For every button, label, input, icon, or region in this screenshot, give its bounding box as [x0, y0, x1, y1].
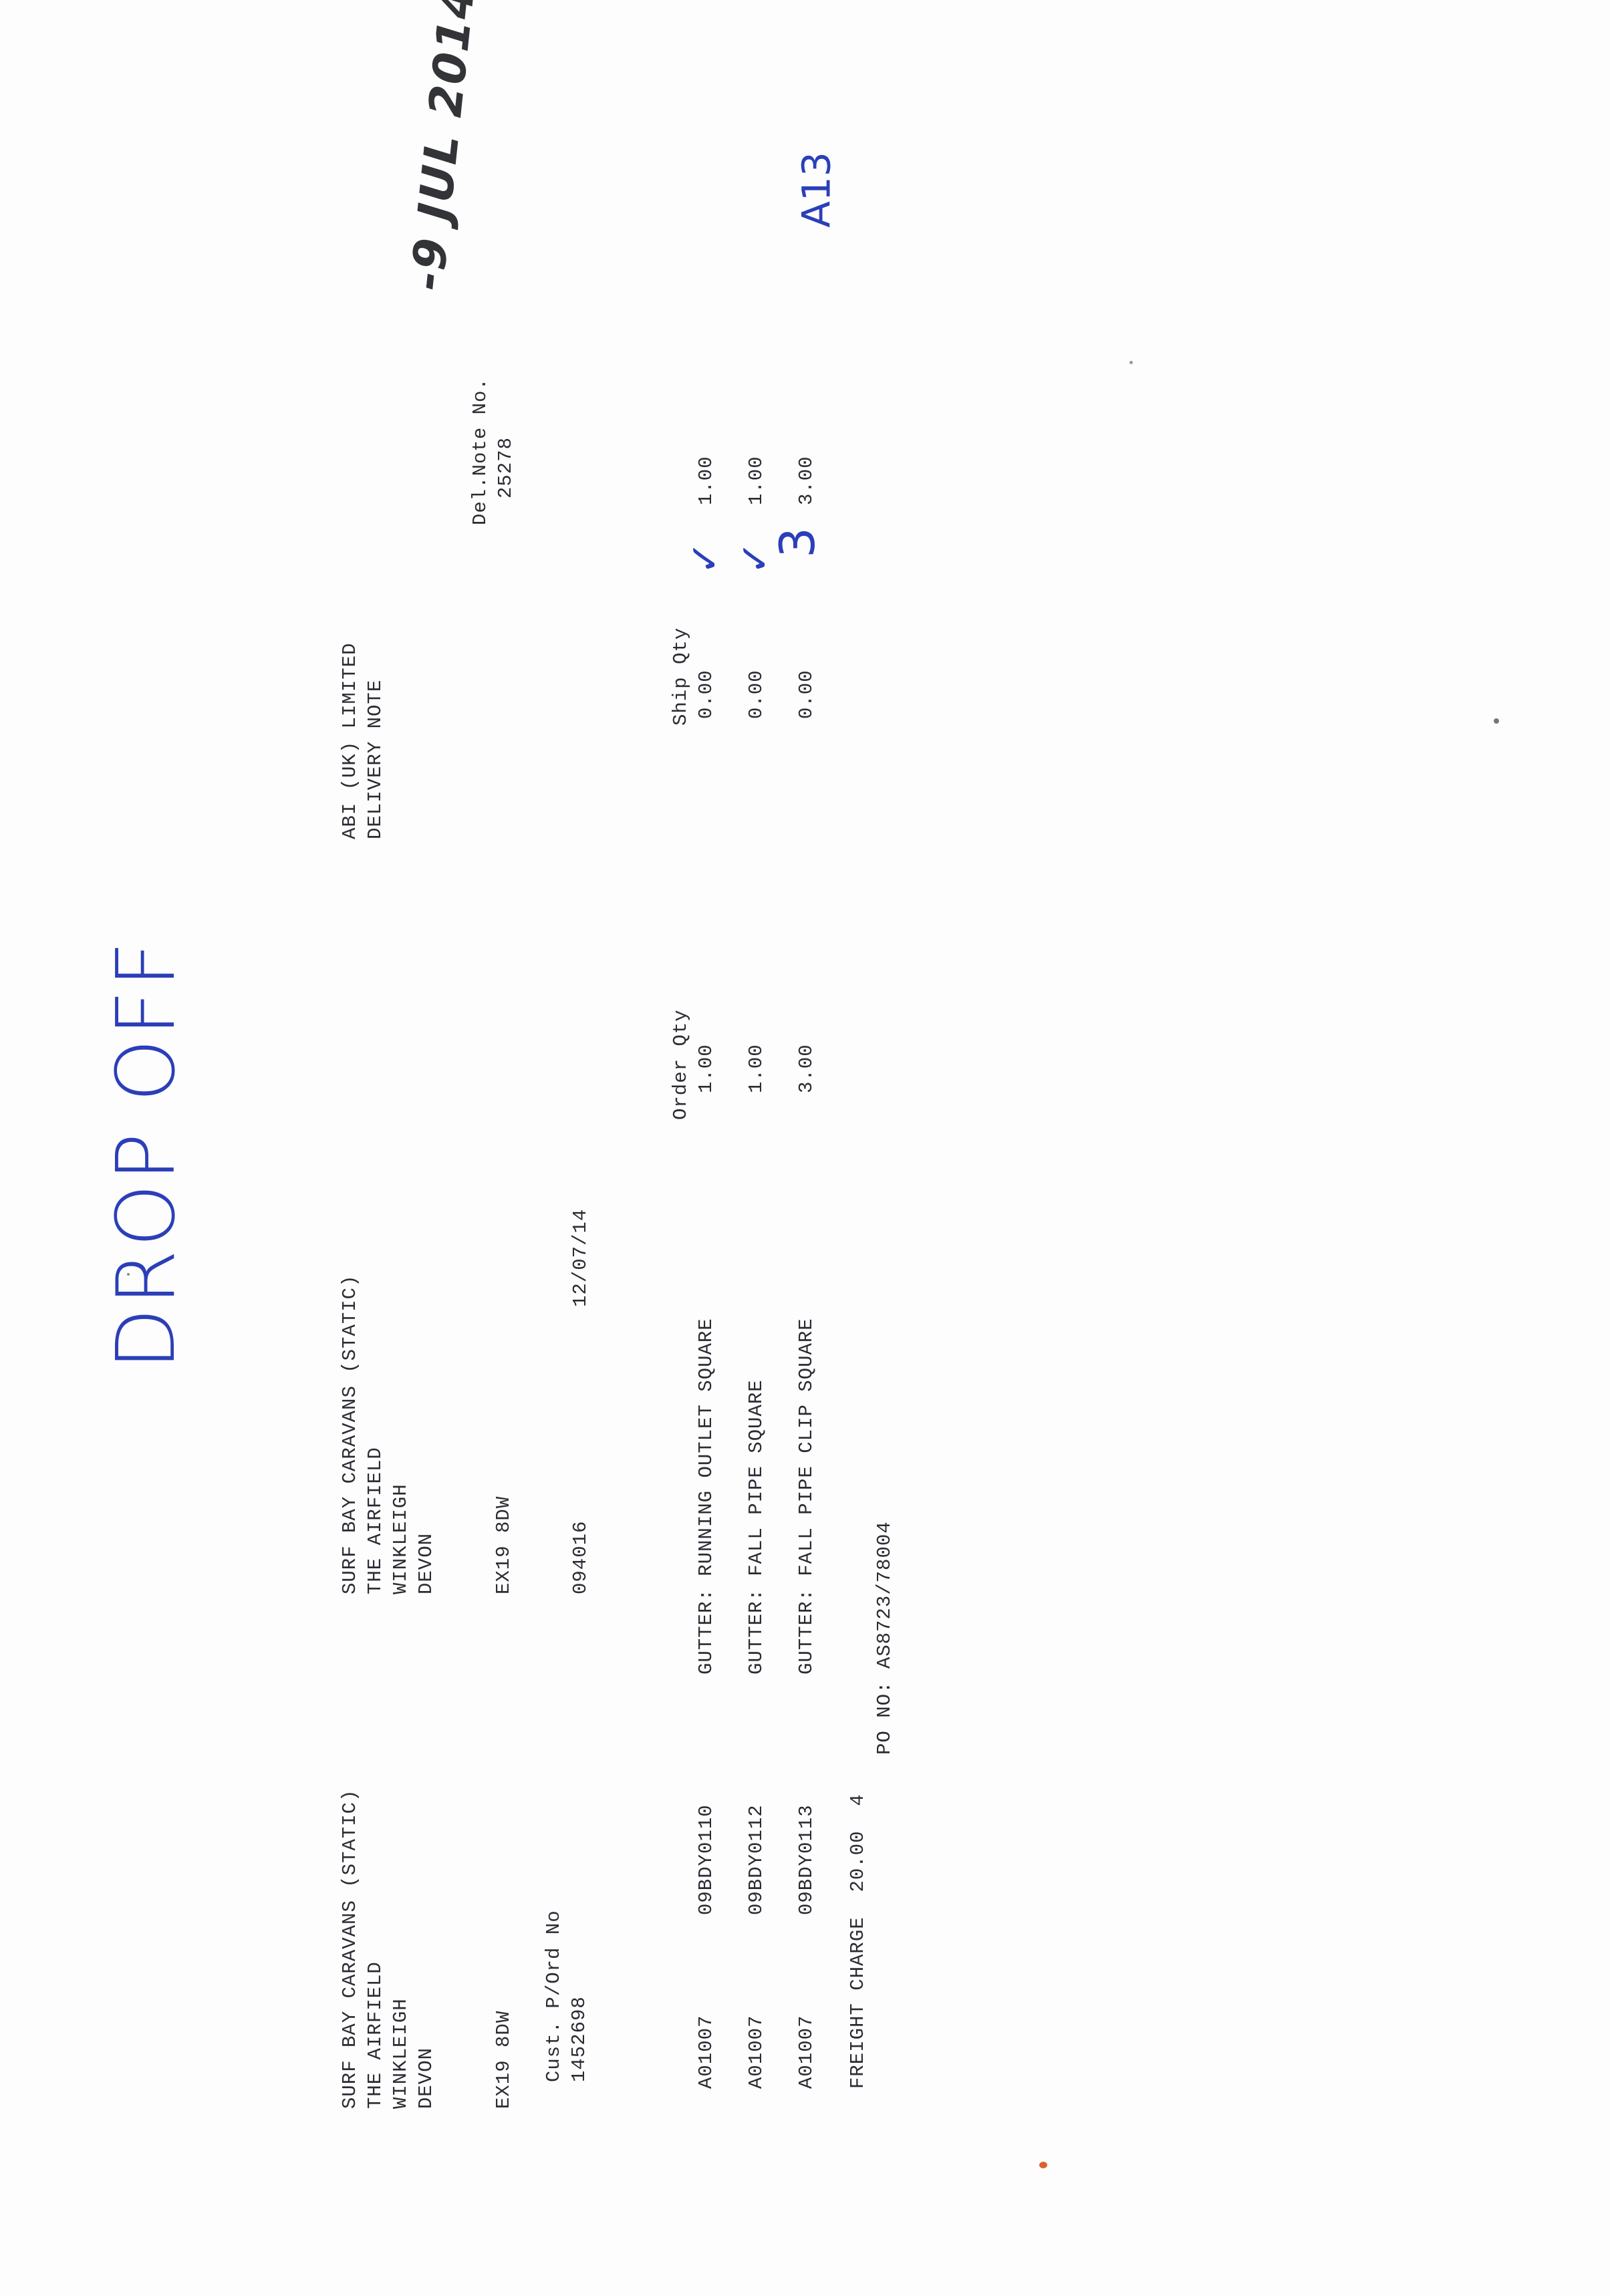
line-description: GUTTER: FALL PIPE SQUARE — [744, 1379, 769, 1675]
po-number-line: PO NO: AS8723/78004 — [872, 1521, 898, 1755]
line-item-row: A01007 09BDY0112 GUTTER: FALL PIPE SQUAR… — [744, 2039, 769, 2089]
delivery-note-number: 25278 — [493, 378, 519, 525]
handwritten-reference: A13 — [794, 152, 839, 227]
customer-po-block: Cust. P/Ord No1452698 — [541, 1910, 592, 2082]
bill-to-address: SURF BAY CARAVANS (STATIC)THE AIRFIELDWI… — [338, 1789, 439, 2109]
deliver-to-postcode: EX19 8DW — [491, 1496, 517, 1594]
freight-charge-row: FREIGHT CHARGE 20.00 4 — [845, 1793, 871, 2089]
deliver-to-name: SURF BAY CARAVANS (STATIC) — [338, 1275, 363, 1594]
scan-speck — [1129, 361, 1133, 364]
document-type: DELIVERY NOTE — [363, 643, 388, 839]
line-ship-qty: 3.00 — [794, 456, 819, 505]
company-name: ABI (UK) LIMITED — [338, 643, 363, 839]
freight-label: FREIGHT CHARGE — [847, 1916, 869, 2089]
line-back-order-qty: 0.00 — [794, 670, 819, 719]
freight-amount: 20.00 — [847, 1831, 869, 1892]
line-product-code: 09BDY0110 — [694, 1804, 719, 1915]
line-account: A01007 — [744, 2015, 769, 2089]
delivery-note-label: Del.Note No. — [468, 378, 493, 525]
freight-code: 4 — [847, 1793, 869, 1806]
line-description: GUTTER: RUNNING OUTLET SQUARE — [694, 1318, 719, 1675]
customer-po-label: Cust. P/Ord No — [541, 1910, 567, 2082]
deliver-to-line3: DEVON — [414, 1275, 439, 1594]
bill-to-line1: THE AIRFIELD — [363, 1789, 388, 2109]
line-item-row: A01007 09BDY0113 GUTTER: FALL PIPE CLIP … — [794, 2039, 819, 2089]
line-product-code: 09BDY0113 — [794, 1804, 819, 1915]
handwritten-tick-icon: ✓ — [682, 541, 728, 575]
company-header: ABI (UK) LIMITEDDELIVERY NOTE — [338, 643, 388, 839]
line-account: A01007 — [794, 2015, 819, 2089]
scan-speck — [127, 1273, 130, 1276]
line-back-order-qty: 0.00 — [744, 670, 769, 719]
line-ship-qty: 1.00 — [694, 456, 719, 505]
bill-to-line2: WINKLEIGH — [388, 1789, 414, 2109]
ship-qty-header: Ship Qty — [668, 627, 694, 726]
line-order-qty: 1.00 — [694, 1044, 719, 1093]
handwritten-drop-off-note: DROP OFF — [100, 939, 193, 1370]
handwritten-count: 3 — [769, 527, 825, 558]
bill-to-postcode: EX19 8DW — [491, 2011, 517, 2109]
line-back-order-qty: 0.00 — [694, 670, 719, 719]
line-order-qty: 1.00 — [744, 1044, 769, 1093]
deliver-to-line1: THE AIRFIELD — [363, 1275, 388, 1594]
document-date: 12/07/14 — [568, 1209, 593, 1307]
line-item-row: A01007 09BDY0110 GUTTER: RUNNING OUTLET … — [694, 2039, 719, 2089]
delivery-note-number-block: Del.Note No.25278 — [468, 378, 519, 525]
order-qty-header: Order Qty — [668, 1009, 694, 1120]
bill-to-line3: DEVON — [414, 1789, 439, 2109]
scan-speck — [1039, 2162, 1047, 2168]
line-product-code: 09BDY0112 — [744, 1804, 769, 1915]
line-account: A01007 — [694, 2015, 719, 2089]
bill-to-name: SURF BAY CARAVANS (STATIC) — [338, 1789, 363, 2109]
customer-po-number: 1452698 — [567, 1910, 592, 2082]
account-number: 094016 — [568, 1521, 593, 1594]
deliver-to-address: SURF BAY CARAVANS (STATIC)THE AIRFIELDWI… — [338, 1275, 439, 1594]
line-order-qty: 3.00 — [794, 1044, 819, 1093]
deliver-to-line2: WINKLEIGH — [388, 1275, 414, 1594]
line-description: GUTTER: FALL PIPE CLIP SQUARE — [794, 1318, 819, 1675]
delivery-note-sheet: SURF BAY CARAVANS (STATIC)THE AIRFIELDWI… — [0, 0, 1610, 2296]
scanned-delivery-note: { "document": { "company": "ABI (UK) LIM… — [0, 0, 1610, 2296]
line-ship-qty: 1.00 — [744, 456, 769, 505]
scan-speck — [1494, 718, 1499, 724]
